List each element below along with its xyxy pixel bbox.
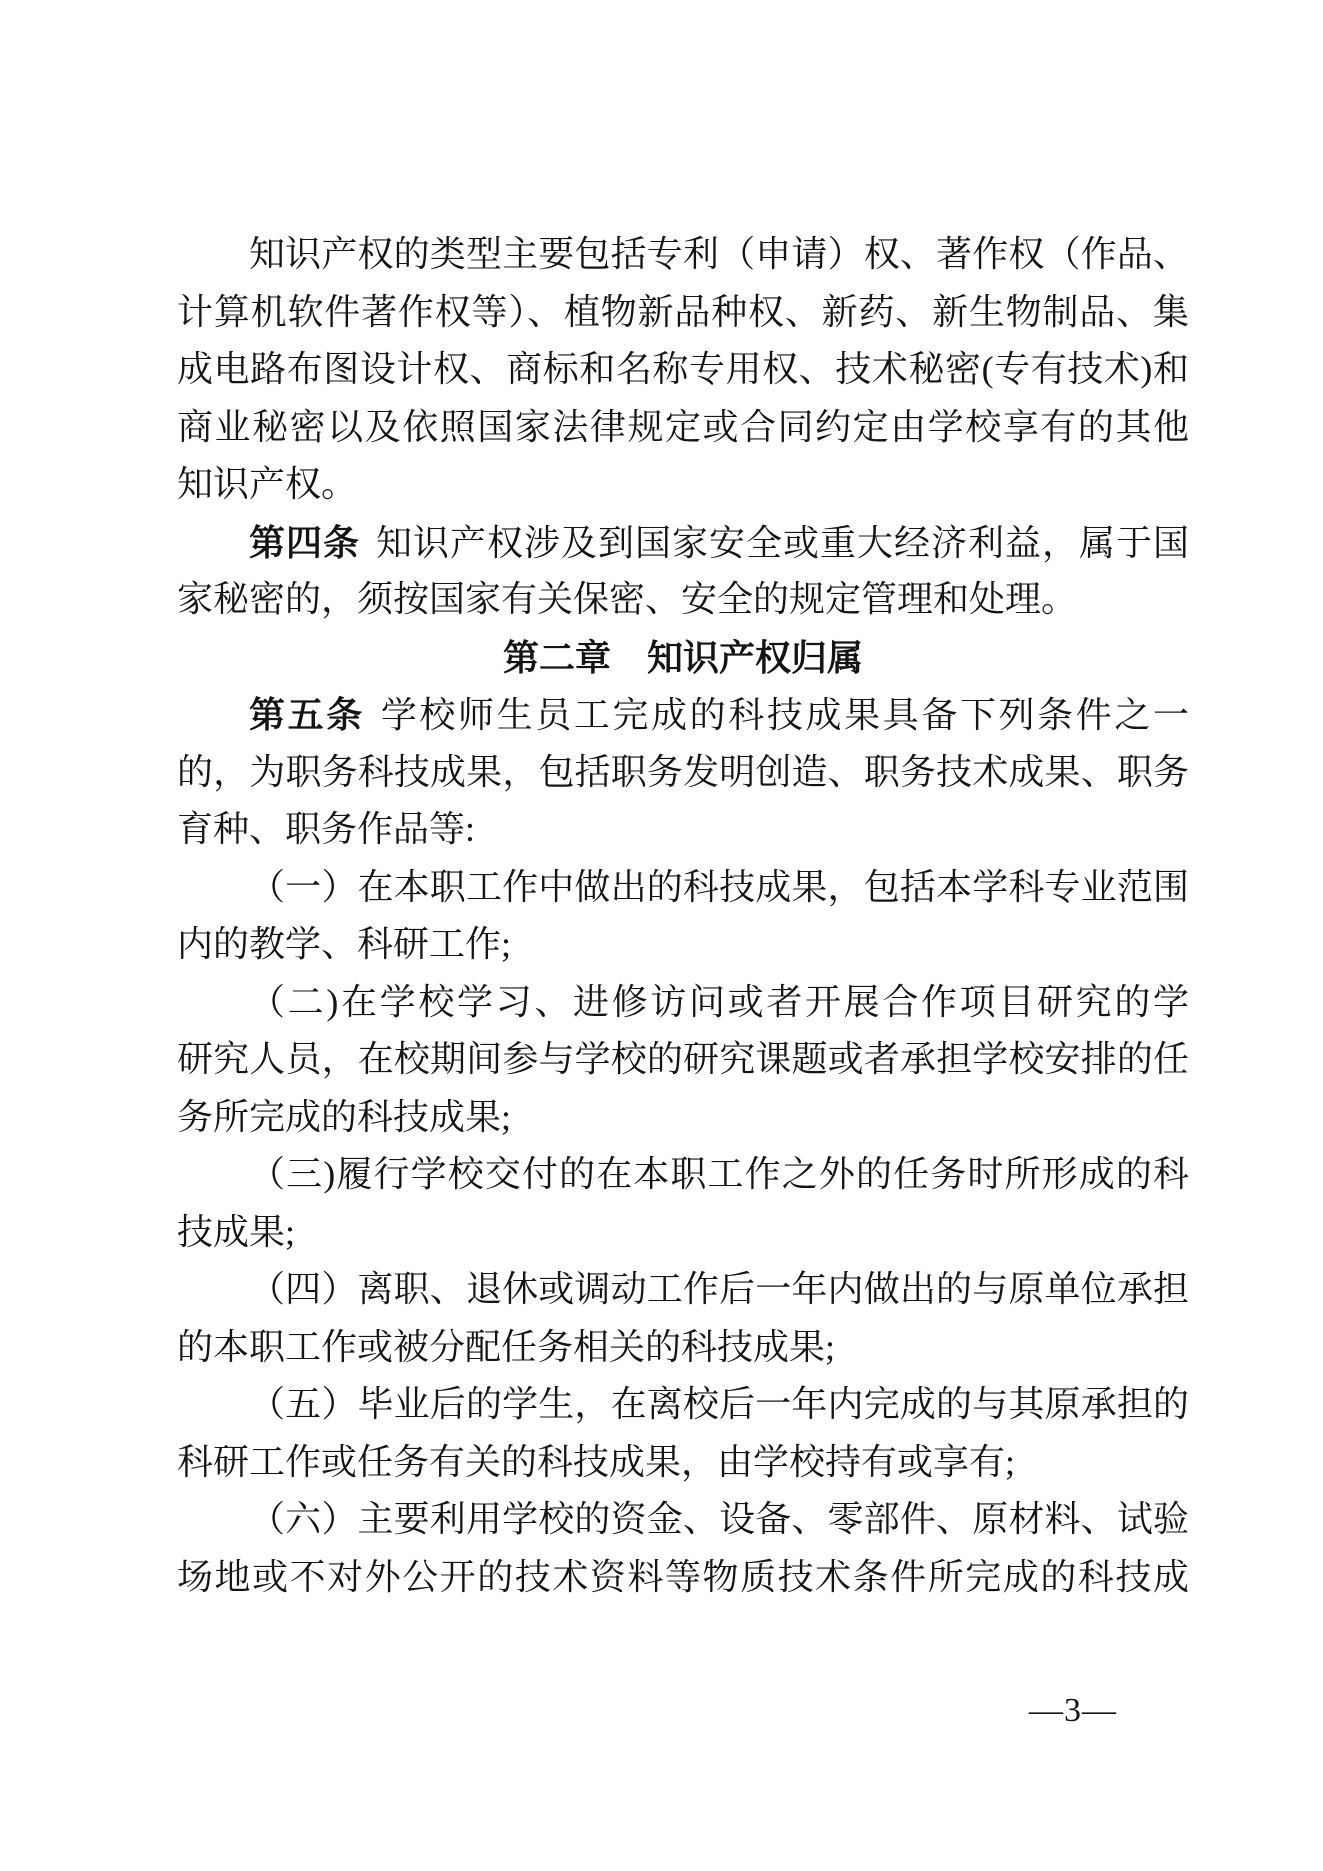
text-line: 第四条知识产权涉及到国家安全或重大经济利益，属于国 — [177, 514, 1189, 572]
text-line: 商业秘密以及依照国家法律规定或合同约定由学校享有的其他 — [177, 399, 1189, 457]
text-line: 成电路布图设计权、商标和名称专用权、技术秘密(专有技术)和 — [177, 341, 1189, 399]
text-line: 内的教学、科研工作; — [177, 916, 1189, 974]
article-number: 第五条 — [249, 694, 365, 735]
article-number: 第四条 — [249, 522, 360, 563]
text-line: 计算机软件著作权等）、植物新品种权、新药、新生物制品、集 — [177, 284, 1189, 342]
document-body: 知识产权的类型主要包括专利（申请）权、著作权（作品、计算机软件著作权等）、植物新… — [177, 226, 1189, 1606]
text-line: （三)履行学校交付的在本职工作之外的任务时所形成的科 — [177, 1146, 1189, 1204]
text-line: 务所完成的科技成果; — [177, 1089, 1189, 1147]
text-line: 研究人员，在校期间参与学校的研究课题或者承担学校安排的任 — [177, 1031, 1189, 1089]
text-line: 的，为职务科技成果，包括职务发明创造、职务技术成果、职务 — [177, 744, 1189, 802]
text-line: 育种、职务作品等: — [177, 801, 1189, 859]
text-line: 知识产权的类型主要包括专利（申请）权、著作权（作品、 — [177, 226, 1189, 284]
text-line: 技成果; — [177, 1204, 1189, 1262]
page-number: —3— — [1029, 1692, 1117, 1730]
text-line: 第五条学校师生员工完成的科技成果具备下列条件之一 — [177, 686, 1189, 744]
text-line: （二)在学校学习、进修访问或者开展合作项目研究的学生、 — [177, 974, 1189, 1032]
text-line: 场地或不对外公开的技术资料等物质技术条件所完成的科技成 — [177, 1549, 1189, 1607]
chapter-heading: 第二章 知识产权归属 — [177, 629, 1189, 687]
text-line: （六）主要利用学校的资金、设备、零部件、原材料、试验 — [177, 1491, 1189, 1549]
text-line: （四）离职、退休或调动工作后一年内做出的与原单位承担 — [177, 1261, 1189, 1319]
text-line: 家秘密的，须按国家有关保密、安全的规定管理和处理。 — [177, 571, 1189, 629]
text-line: 科研工作或任务有关的科技成果，由学校持有或享有; — [177, 1434, 1189, 1492]
document-page: 知识产权的类型主要包括专利（申请）权、著作权（作品、计算机软件著作权等）、植物新… — [0, 0, 1323, 1871]
text-line: 的本职工作或被分配任务相关的科技成果; — [177, 1319, 1189, 1377]
text-line: （五）毕业后的学生，在离校后一年内完成的与其原承担的 — [177, 1376, 1189, 1434]
text-line: （一）在本职工作中做出的科技成果，包括本学科专业范围 — [177, 859, 1189, 917]
text-line: 知识产权。 — [177, 456, 1189, 514]
